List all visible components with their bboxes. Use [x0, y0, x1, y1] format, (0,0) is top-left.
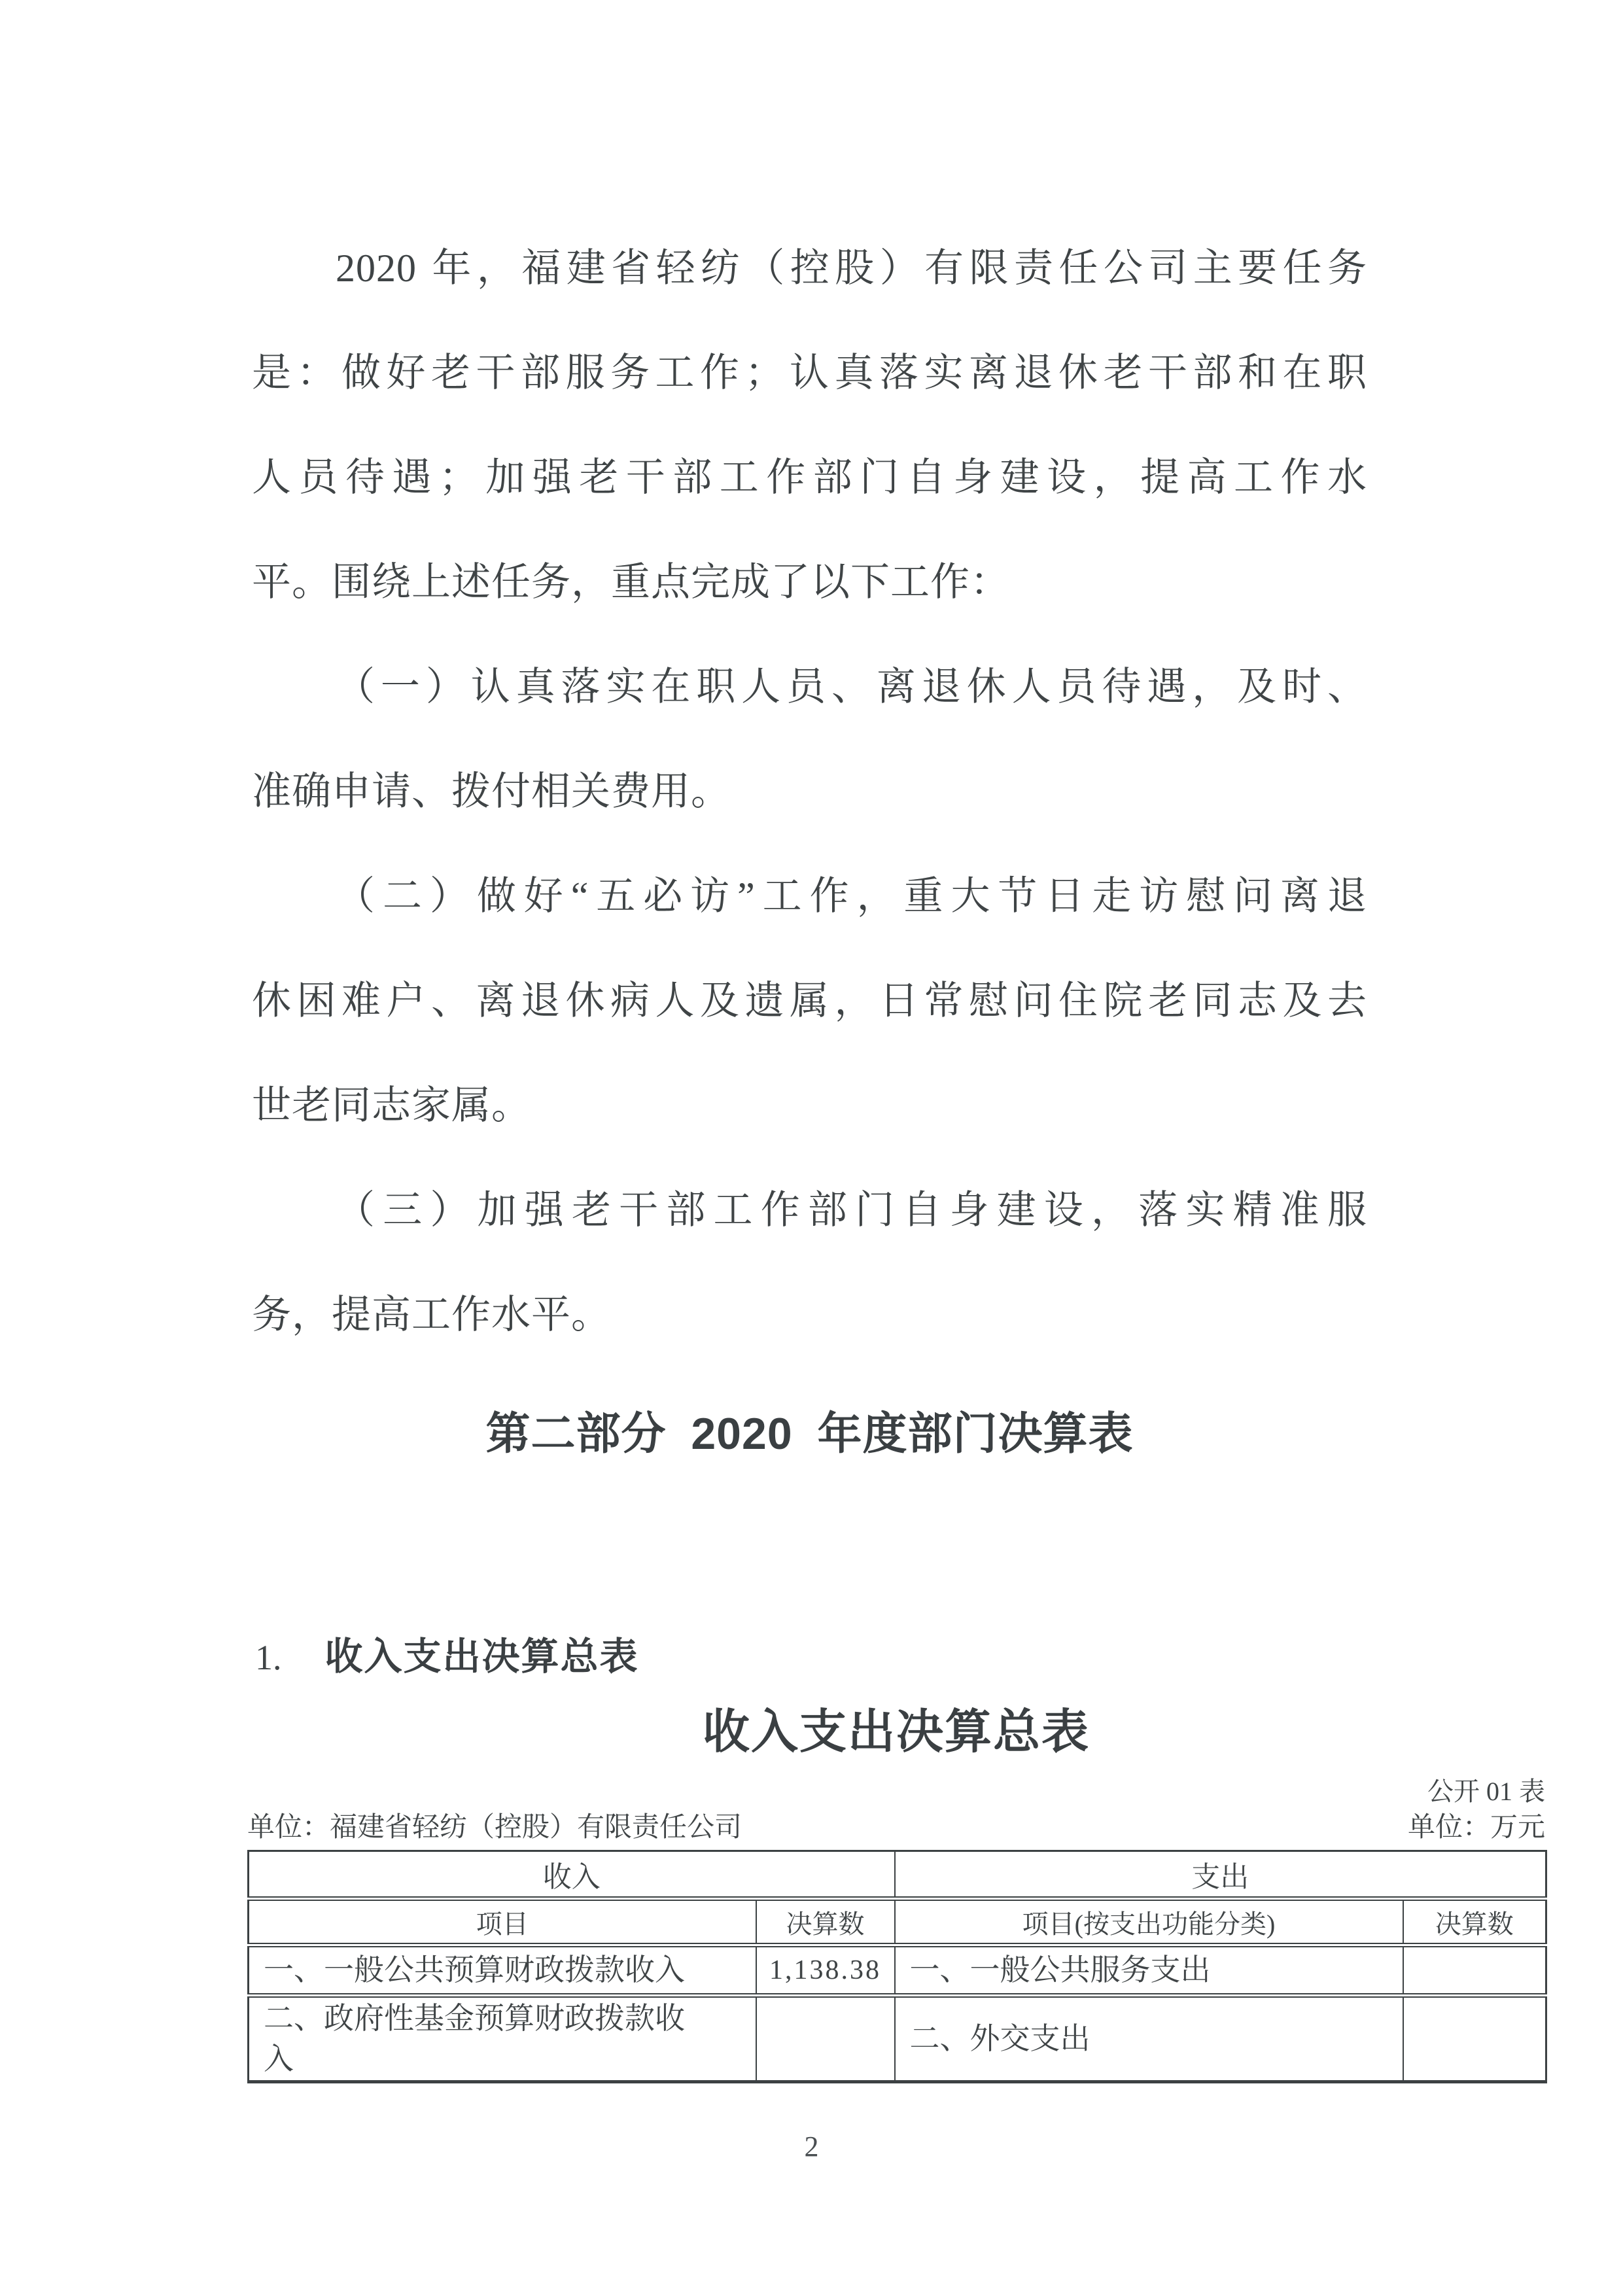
- paragraph-line: 是：做好老干部服务工作；认真落实离退休老干部和在职: [252, 321, 1367, 425]
- form-code-label: 公开 01 表: [247, 1775, 1545, 1808]
- income-item-cell: 一、一般公共预算财政拨款收入: [249, 1945, 756, 1996]
- expense-value-cell: [1403, 1945, 1546, 1996]
- paragraph-line: 平。围绕上述任务，重点完成了以下工作：: [252, 530, 1367, 635]
- table-header-row-columns: 项目 决算数 项目(按支出功能分类) 决算数: [249, 1899, 1546, 1945]
- paragraph-line: 人员待遇；加强老干部工作部门自身建设，提高工作水: [252, 425, 1367, 530]
- income-value-cell: [756, 1996, 895, 2082]
- budget-summary-table: 收入 支出 项目 决算数 项目(按支出功能分类) 决算数 一、一般公共预算财政拨…: [247, 1850, 1547, 2083]
- paragraph-line: 休困难户、离退休病人及遗属，日常慰问住院老同志及去: [252, 948, 1367, 1053]
- paragraph-line: （二）做好“五必访”工作，重大节日走访慰问离退: [252, 844, 1367, 948]
- paragraph-line: （一）认真落实在职人员、离退休人员待遇，及时、: [252, 635, 1367, 739]
- paragraph-line: 准确申请、拨付相关费用。: [252, 739, 1367, 844]
- table-row: 一、一般公共预算财政拨款收入 1,138.38 一、一般公共服务支出: [249, 1945, 1546, 1996]
- expense-item-cell: 一、一般公共服务支出: [895, 1945, 1403, 1996]
- income-header-cell: 收入: [249, 1851, 895, 1899]
- list-item-number: 1.: [255, 1638, 282, 1677]
- paragraph-line: （三）加强老干部工作部门自身建设，落实精准服: [252, 1158, 1367, 1262]
- expense-item-cell: 二、外交支出: [895, 1996, 1403, 2082]
- income-value-cell: 1,138.38: [756, 1945, 895, 1996]
- numbered-list-item: 1.收入支出决算总表: [255, 1621, 639, 1703]
- expenditure-header-cell: 支出: [895, 1851, 1546, 1899]
- paragraph-line: 2020 年，福建省轻纺（控股）有限责任公司主要任务: [252, 216, 1367, 321]
- table-row: 二、政府性基金预算财政拨款收入 二、外交支出: [249, 1996, 1546, 2082]
- column-header-expense-item: 项目(按支出功能分类): [895, 1899, 1403, 1945]
- section-heading: 第二部分 2020 年度部门决算表: [252, 1382, 1367, 1486]
- column-header-income-amount: 决算数: [756, 1899, 895, 1945]
- org-unit-label: 单位：福建省轻纺（控股）有限责任公司: [247, 1809, 742, 1846]
- table-meta-row: 单位：福建省轻纺（控股）有限责任公司 单位：万元: [247, 1809, 1545, 1846]
- column-header-expense-amount: 决算数: [1403, 1899, 1546, 1945]
- expense-value-cell: [1403, 1996, 1546, 2082]
- page-number: 2: [0, 2129, 1623, 2165]
- body-text-block: 2020 年，福建省轻纺（控股）有限责任公司主要任务 是：做好老干部服务工作；认…: [252, 216, 1367, 1367]
- paragraph-line: 务，提高工作水平。: [252, 1262, 1367, 1367]
- column-header-income-item: 项目: [249, 1899, 756, 1945]
- currency-unit-label: 单位：万元: [1408, 1809, 1545, 1846]
- paragraph-line: 世老同志家属。: [252, 1053, 1367, 1158]
- list-item-title: 收入支出决算总表: [325, 1635, 639, 1678]
- document-page: 2020 年，福建省轻纺（控股）有限责任公司主要任务 是：做好老干部服务工作；认…: [0, 0, 1623, 2296]
- table-header-row-groups: 收入 支出: [249, 1851, 1546, 1899]
- income-item-cell: 二、政府性基金预算财政拨款收入: [249, 1996, 756, 2082]
- table-title: 收入支出决算总表: [247, 1693, 1545, 1771]
- income-item-text: 二、政府性基金预算财政拨款收入: [264, 1998, 695, 2079]
